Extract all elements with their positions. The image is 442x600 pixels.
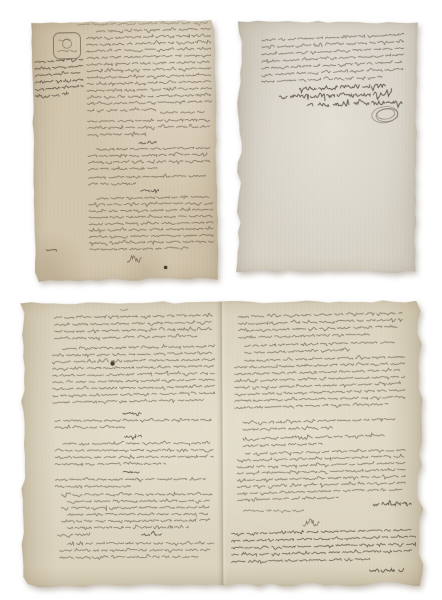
handwriting-line [57, 533, 90, 538]
handwriting-line [243, 418, 395, 425]
handwriting-line [88, 166, 157, 170]
handwriting-line [238, 334, 369, 339]
handwriting-line [53, 358, 215, 364]
article-heading [124, 435, 141, 440]
handwriting-line [238, 318, 402, 325]
handwriting-line [87, 93, 211, 99]
handwriting-line [54, 321, 211, 326]
handwriting-line [46, 249, 56, 251]
handwriting-line [243, 426, 332, 431]
handwriting-line [232, 550, 412, 557]
ink-blot [164, 266, 168, 270]
manuscript-bifolium [20, 300, 423, 588]
manuscript-leaf-2-wrap [236, 20, 418, 273]
handwriting-line [89, 214, 213, 219]
article-heading [141, 531, 161, 535]
handwriting-line [54, 327, 211, 333]
handwriting-line [67, 499, 209, 504]
handwriting-line [89, 234, 213, 239]
handwriting-line [55, 448, 213, 453]
handwriting-line [89, 247, 188, 251]
handwriting-line [53, 378, 215, 383]
flourish [303, 519, 319, 526]
handwriting-layer [20, 300, 423, 588]
handwriting-line [244, 342, 394, 347]
handwriting-line [238, 325, 397, 332]
handwriting-line [231, 529, 410, 536]
manuscript-leaf-1-wrap [31, 20, 219, 283]
handwriting-line [88, 182, 135, 185]
handwriting-line [97, 195, 209, 199]
handwriting-line [61, 519, 209, 523]
handwriting-line [96, 147, 210, 151]
handwriting-line [235, 396, 405, 402]
handwriting-line [245, 355, 405, 361]
handwriting-line [55, 462, 166, 466]
handwriting-line [232, 542, 416, 549]
handwriting-line [55, 455, 213, 459]
stamp-scribble [58, 50, 77, 52]
handwriting-line [87, 108, 155, 113]
handwriting-line [235, 376, 405, 382]
handwriting-line [87, 100, 211, 105]
handwriting-line [87, 67, 211, 73]
handwriting-line [53, 371, 215, 376]
handwriting-line [89, 226, 213, 232]
handwriting-line [53, 365, 214, 370]
handwriting-line [237, 461, 405, 468]
handwriting-line [54, 334, 196, 340]
handwriting-line [55, 477, 205, 482]
handwriting-line [245, 449, 405, 456]
handwriting-layer [31, 20, 219, 283]
handwriting-line [54, 313, 212, 319]
handwriting-line [237, 475, 405, 482]
handwriting-line [232, 558, 370, 563]
handwriting-line [262, 47, 404, 56]
handwriting-line [237, 482, 405, 489]
handwriting-line [235, 403, 388, 409]
handwriting-line [89, 221, 213, 227]
handwriting-line [89, 201, 213, 207]
handwriting-layer [236, 20, 418, 273]
article-heading [123, 412, 141, 415]
handwriting-line [235, 390, 405, 397]
handwriting-line [55, 485, 130, 488]
handwriting-line [237, 496, 338, 501]
handwriting-line [89, 208, 213, 213]
handwriting-line [86, 40, 210, 46]
handwriting-line [88, 174, 205, 179]
ink-stamp [53, 33, 80, 59]
handwriting-line [87, 47, 211, 53]
signature [370, 569, 404, 573]
handwriting-line [237, 468, 405, 475]
signature [307, 99, 402, 107]
signature [299, 84, 385, 94]
handwriting-line [235, 362, 405, 368]
handwriting-line [88, 132, 146, 137]
manuscript-leaf-1 [31, 20, 219, 283]
handwriting-line [235, 368, 400, 374]
handwriting-line [67, 525, 188, 530]
handwriting-line [55, 425, 125, 429]
handwriting-line [68, 541, 214, 546]
handwriting-line [243, 510, 303, 513]
handwriting-line [96, 27, 210, 33]
article-heading [139, 141, 156, 144]
flourish [127, 256, 141, 263]
handwriting-line [262, 32, 404, 42]
handwriting-line [160, 111, 204, 114]
handwriting-line [67, 512, 207, 517]
handwriting-line [245, 348, 350, 354]
handwriting-line [35, 85, 83, 91]
signature [373, 500, 411, 506]
handwriting-line [238, 312, 402, 317]
handwriting-line [243, 443, 322, 447]
handwriting-line [87, 80, 211, 86]
handwriting-line [87, 73, 211, 80]
handwriting-line [88, 118, 210, 123]
handwriting-line [77, 20, 207, 27]
handwriting-line [237, 489, 402, 496]
handwriting-line [63, 441, 210, 446]
handwriting-line [231, 535, 415, 542]
handwriting-line [61, 505, 209, 510]
handwriting-line [62, 345, 214, 350]
article-heading [123, 471, 139, 473]
handwriting-line [60, 548, 210, 553]
photograph-of-manuscripts [0, 0, 442, 600]
handwriting-line [87, 61, 209, 66]
handwriting-line [88, 159, 210, 165]
handwriting-line [53, 399, 204, 403]
handwriting-line [235, 382, 401, 390]
signature [279, 88, 391, 101]
handwriting-line [35, 71, 80, 76]
handwriting-line [55, 418, 211, 423]
handwriting-line [53, 352, 212, 357]
handwriting-line [88, 152, 207, 158]
handwriting-line [53, 385, 215, 390]
article-heading [141, 189, 159, 193]
handwriting-line [60, 554, 199, 559]
handwriting-line [243, 433, 384, 440]
handwriting-line [86, 34, 210, 40]
handwriting-line [35, 65, 83, 70]
handwriting-line [87, 55, 211, 59]
handwriting-line [261, 75, 382, 83]
handwriting-line [237, 454, 404, 462]
handwriting-line [35, 92, 68, 98]
handwriting-line [88, 124, 210, 131]
handwriting-line [87, 86, 211, 92]
signature-paraph [371, 105, 399, 125]
handwriting-line [53, 392, 215, 397]
handwriting-line [262, 59, 402, 70]
ink-blot [110, 361, 114, 365]
manuscript-leaf-2 [236, 20, 418, 273]
handwriting-line [35, 79, 83, 83]
handwriting-line [61, 492, 212, 497]
handwriting-line [120, 309, 127, 311]
handwriting-line [89, 239, 213, 246]
stamp-scribble [58, 39, 70, 41]
manuscript-bifolium-wrap [20, 300, 423, 588]
